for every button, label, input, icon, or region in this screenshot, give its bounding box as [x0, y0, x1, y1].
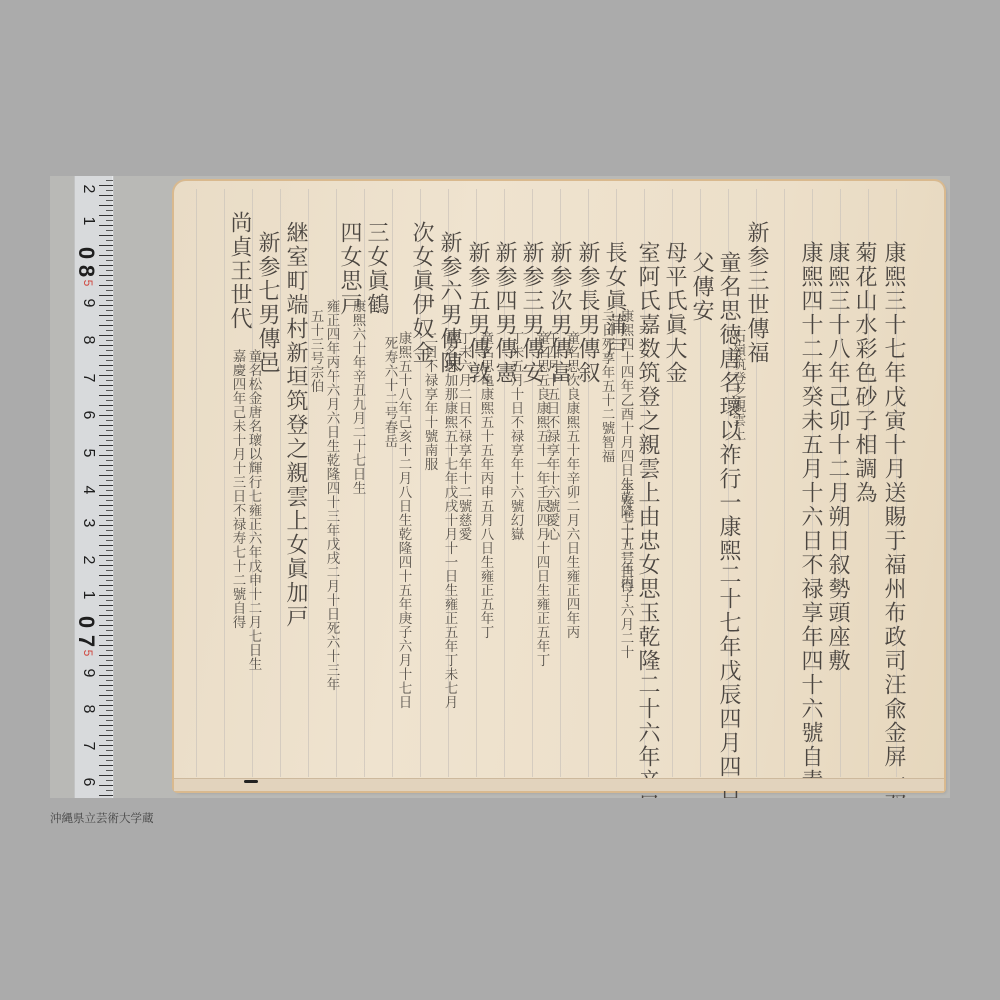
ruler-number: 1 [79, 584, 97, 606]
ruler-number: 5 [81, 642, 95, 664]
annotation-column: 康煕五十八年己亥十二月八日生乾隆四十五年庚子六月十七日 [396, 331, 410, 709]
archive-credit: 沖縄県立芸術大学蔵 [50, 810, 154, 826]
text-column: 菊花山水彩色砂子相調為 [853, 241, 875, 505]
ruler-number: 6 [79, 404, 97, 426]
binding-mark [244, 780, 258, 783]
page-bottom-edge [174, 778, 944, 791]
text-column: 四女思戸 [338, 221, 360, 317]
text-column: 次女眞伊奴金 [410, 221, 432, 365]
measuring-ruler: 210859876543210759876 [74, 176, 114, 798]
manuscript-page: 康煕三十七年戊寅十月送賜于福州布政司汪兪金屏一双畫梧竹菊花山水彩色砂子相調為康煕… [174, 181, 944, 791]
annotation-column: 死寿六十二号春岳 [382, 336, 396, 448]
ruler-number: 5 [81, 272, 95, 294]
ruler-number: 2 [79, 549, 97, 571]
annotation-column: 五十三号宗伯 [308, 309, 322, 393]
annotation-column: 康煕四十四年乙酉十月四日生乾隆二十一年丙子六月二十 [618, 309, 632, 659]
text-column: 新参四男傳憲 [493, 241, 515, 385]
ruler-number: 2 [79, 178, 97, 200]
ruler-number: 3 [79, 512, 97, 534]
ruler-ticks [99, 176, 113, 798]
text-column: 継室町端村新垣筑登之親雲上女眞加戸 [284, 221, 306, 629]
annotation-column: 雍正四年丙午六月六日生乾隆四十三年戊戌二月十日死六十三年 [324, 299, 338, 691]
text-column: 新参三世傳福 [745, 221, 767, 365]
text-column: 康煕三十七年戊寅十月送賜于福州布政司汪兪金屏一双畫梧竹 [882, 241, 904, 798]
document-photo: 210859876543210759876 康煕三十七年戊寅十月送賜于福州布政司… [50, 176, 950, 798]
ruler-number: 8 [79, 329, 97, 351]
text-column: 童名思徳唐名瓌以祚行一康煕二十七年戊辰四月四日生 [717, 251, 739, 798]
ruler-number: 9 [79, 292, 97, 314]
ruler-number: 7 [79, 735, 97, 757]
text-column: 室阿氏嘉数筑登之親雲上由忠女思玉乾隆二十六年辛巳九月十一日 [636, 241, 658, 798]
annotation-column: 二日死享年五十二號智福 [599, 309, 613, 463]
annotation-column: 童名思加那康煕五十七年戊戌十月十一日生雍正五年丁未七月 [442, 331, 456, 709]
ruler-number: 8 [79, 698, 97, 720]
text-column: 尚貞王世代 [228, 211, 250, 331]
annotation-column: 康煕六十年辛丑九月二十七日生 [350, 299, 364, 495]
ruler-number: 1 [79, 210, 97, 232]
ruler-number: 6 [79, 771, 97, 793]
text-column: 康煕四十二年癸未五月十六日不禄享年四十六號自素 [799, 241, 821, 793]
ruler-number: 5 [79, 442, 97, 464]
text-column: 父傳安 [690, 251, 712, 323]
text-column: 新参六男傳陳 [438, 231, 460, 375]
annotation-column: 童名松金唐名瓌以輝行七雍正六年戊申十二月七日生 [246, 349, 260, 671]
text-column: 康煕三十八年己卯十二月朔日叙勢頭座敷 [826, 241, 848, 673]
ruler-number: 7 [79, 367, 97, 389]
text-column: 三女眞鶴 [365, 221, 387, 317]
annotation-column: 嘉慶四年己未十月十三日不禄寿七十二號自得 [230, 349, 244, 629]
ruler-number: 4 [79, 479, 97, 501]
ruler-number: 9 [79, 662, 97, 684]
text-column: 母平氏眞大金 [663, 241, 685, 385]
